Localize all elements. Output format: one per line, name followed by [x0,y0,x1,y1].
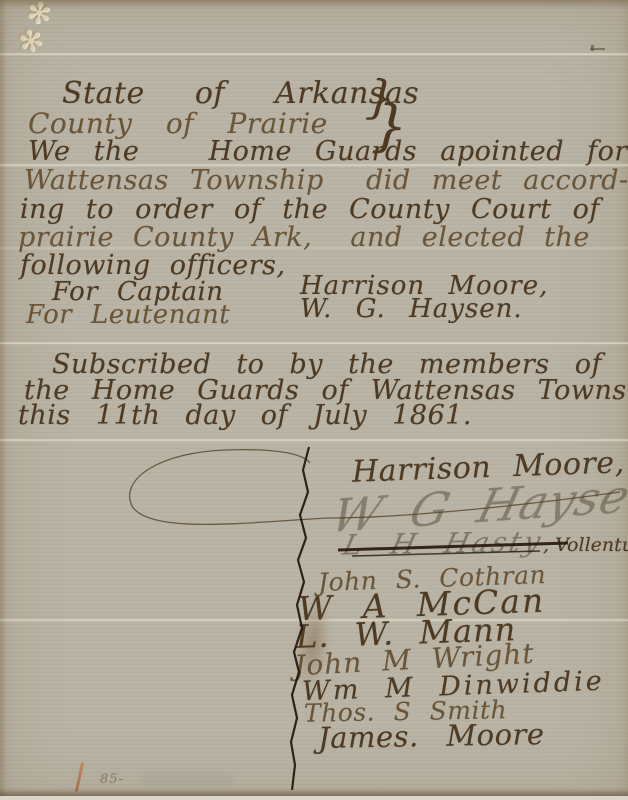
body-line: ing to order of the County Court of [20,194,600,225]
fold-crease [0,438,628,442]
body-line: We the Home Guards apointed for [28,136,628,167]
fold-crease [0,52,628,56]
scanned-document-page: ✻ ✻ State of Arkansas } County of Prairi… [0,0,628,800]
bottom-left-pencil-number: 85- [100,772,124,787]
pencil-tick-icon [590,44,605,52]
volunteered-annotation: , Vollentuerd [543,534,628,556]
bottom-paper-edge-shadow [0,788,628,796]
top-edge-shadow [0,0,628,9]
body-line: Wattensas Township did meet accord- [24,165,628,196]
left-edge-shadow [0,0,7,800]
officer-name: W. G. Haysen. [300,294,523,324]
subscription-line: this 11th day of July 1861. [18,400,472,431]
officer-role: For Leutenant [26,300,230,330]
erased-pencil-smudge [142,774,232,786]
signature-struck-through: L H Hasty [340,525,547,561]
body-line: prairie County Ark, and elected the [18,222,590,253]
scanner-background-strip [0,796,628,800]
signature: James. Moore [318,717,545,755]
fold-crease [0,341,628,345]
